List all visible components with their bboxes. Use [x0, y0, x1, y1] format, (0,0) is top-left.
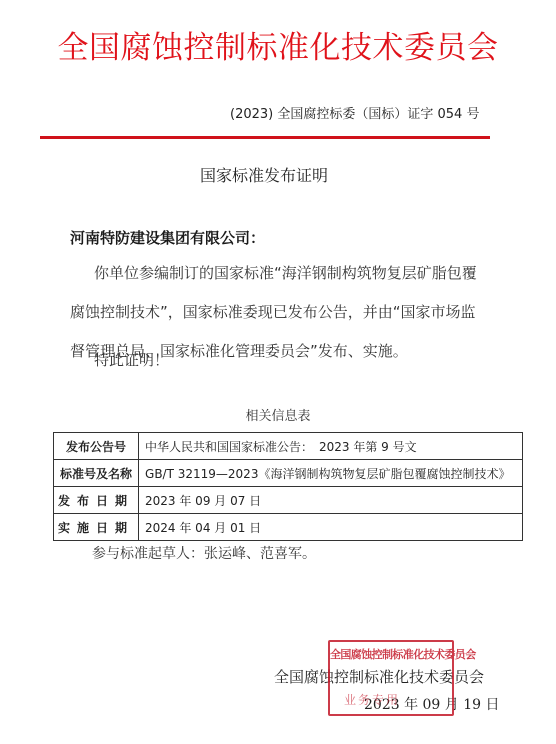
seal-title: 全国腐蚀控制标准化技术委员会: [330, 646, 452, 662]
row-value: 中华人民共和国国家标准公告： 2023 年第 9 号文: [139, 433, 523, 460]
closing-statement: 特此证明！: [94, 350, 169, 370]
row-value: 2023 年 09 月 07 日: [139, 487, 523, 514]
document-number: (2023) 全国腐控标委（国标）证字 054 号: [230, 106, 479, 124]
header-divider: [40, 136, 490, 139]
row-label: 发布公告号: [54, 433, 139, 460]
table-row: 实施日期 2024 年 04 月 01 日: [54, 514, 523, 541]
row-label: 实施日期: [54, 514, 139, 541]
row-value: GB/T 32119—2023《海洋钢制构筑物复层矿脂包覆腐蚀控制技术》: [139, 460, 523, 487]
drafters-line: 参与标准起草人：张运峰、范喜军。: [92, 545, 316, 563]
body-line: 腐蚀控制技术”，国家标准委现已发布公告，并由“国家市场监: [70, 293, 470, 332]
info-table: 发布公告号 中华人民共和国国家标准公告： 2023 年第 9 号文 标准号及名称…: [53, 432, 523, 541]
row-label: 标准号及名称: [54, 460, 139, 487]
seal-subtitle: 业务专用: [344, 691, 400, 708]
table-caption: 相关信息表: [0, 408, 556, 426]
row-value: 2024 年 04 月 01 日: [139, 514, 523, 541]
table-row: 发布日期 2023 年 09 月 07 日: [54, 487, 523, 514]
official-seal-stamp: 全国腐蚀控制标准化技术委员会 业务专用: [328, 640, 454, 716]
row-label: 发布日期: [54, 487, 139, 514]
table-row: 发布公告号 中华人民共和国国家标准公告： 2023 年第 9 号文: [54, 433, 523, 460]
certificate-title: 国家标准发布证明: [200, 165, 328, 187]
body-line: 你单位参编制订的国家标准“海洋钢制构筑物复层矿脂包覆: [70, 254, 470, 293]
recipient: 河南特防建设集团有限公司：: [70, 228, 265, 248]
table-row: 标准号及名称 GB/T 32119—2023《海洋钢制构筑物复层矿脂包覆腐蚀控制…: [54, 460, 523, 487]
organization-title: 全国腐蚀控制标准化技术委员会: [0, 28, 556, 68]
